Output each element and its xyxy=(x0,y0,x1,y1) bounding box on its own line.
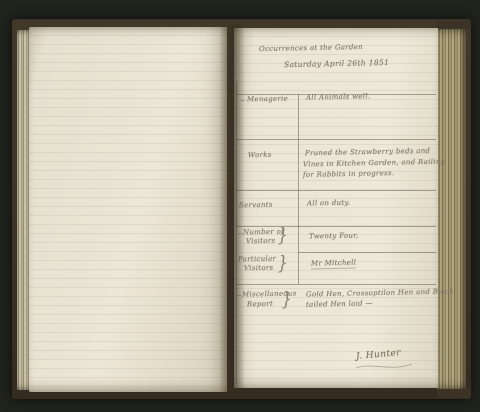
row-label-works: Works xyxy=(248,151,272,159)
cover-corner-top-right xyxy=(437,21,471,29)
row-entry-servants: All on duty. xyxy=(307,199,351,208)
row-entry-visitor-count: Twenty Four, xyxy=(309,231,359,240)
row-separator-3 xyxy=(236,226,436,227)
right-fore-edge xyxy=(437,27,466,391)
row-entry-misc-line1: Gold Hen, Crossoptilon Hen and Black xyxy=(306,287,454,298)
row-entry-works-line1: Pruned the Strawberry beds and xyxy=(305,147,430,158)
row-label-servants: Servants xyxy=(239,201,273,210)
row-separator-1 xyxy=(236,139,436,140)
page-title: Occurrences at the Garden xyxy=(259,43,363,53)
row-separator-visitors xyxy=(298,252,436,253)
row-label-particular: Particular xyxy=(238,255,276,264)
signature-flourish xyxy=(352,361,416,373)
right-page: Occurrences at the Garden Saturday April… xyxy=(234,28,438,388)
table-column-divider xyxy=(298,94,299,284)
row-label-menagerie: Menagerie xyxy=(247,95,288,104)
keeper-signature: J. Hunter xyxy=(356,348,402,362)
row-entry-particular-visitor: Mr Mitchell xyxy=(311,259,357,270)
row-label-particular-visitors: Visitors xyxy=(244,264,274,273)
row-entry-menagerie: All Animals well. xyxy=(306,92,371,101)
page-date: Saturday April 26th 1851 xyxy=(284,58,389,69)
row-separator-2 xyxy=(236,190,436,191)
row-entry-misc-line2: tailed Hen laid — xyxy=(306,299,373,308)
row-entry-works-line2: Vines in Kitchen Garden, and Railing xyxy=(303,158,446,169)
label-bracket: } xyxy=(278,226,288,245)
row-label-number-visitors: Visitors xyxy=(246,237,276,246)
label-bracket: } xyxy=(278,254,288,273)
row-entry-works-line3: for Rabbits in progress. xyxy=(303,169,395,179)
archive-photo: Occurrences at the Garden Saturday April… xyxy=(0,0,480,412)
row-label-report: Report xyxy=(247,300,273,309)
cover-corner-bottom-right xyxy=(437,389,471,398)
row-separator-4 xyxy=(236,284,436,285)
margin-tick: ~ xyxy=(240,97,246,105)
label-bracket: } xyxy=(282,290,292,309)
left-page xyxy=(29,27,227,392)
